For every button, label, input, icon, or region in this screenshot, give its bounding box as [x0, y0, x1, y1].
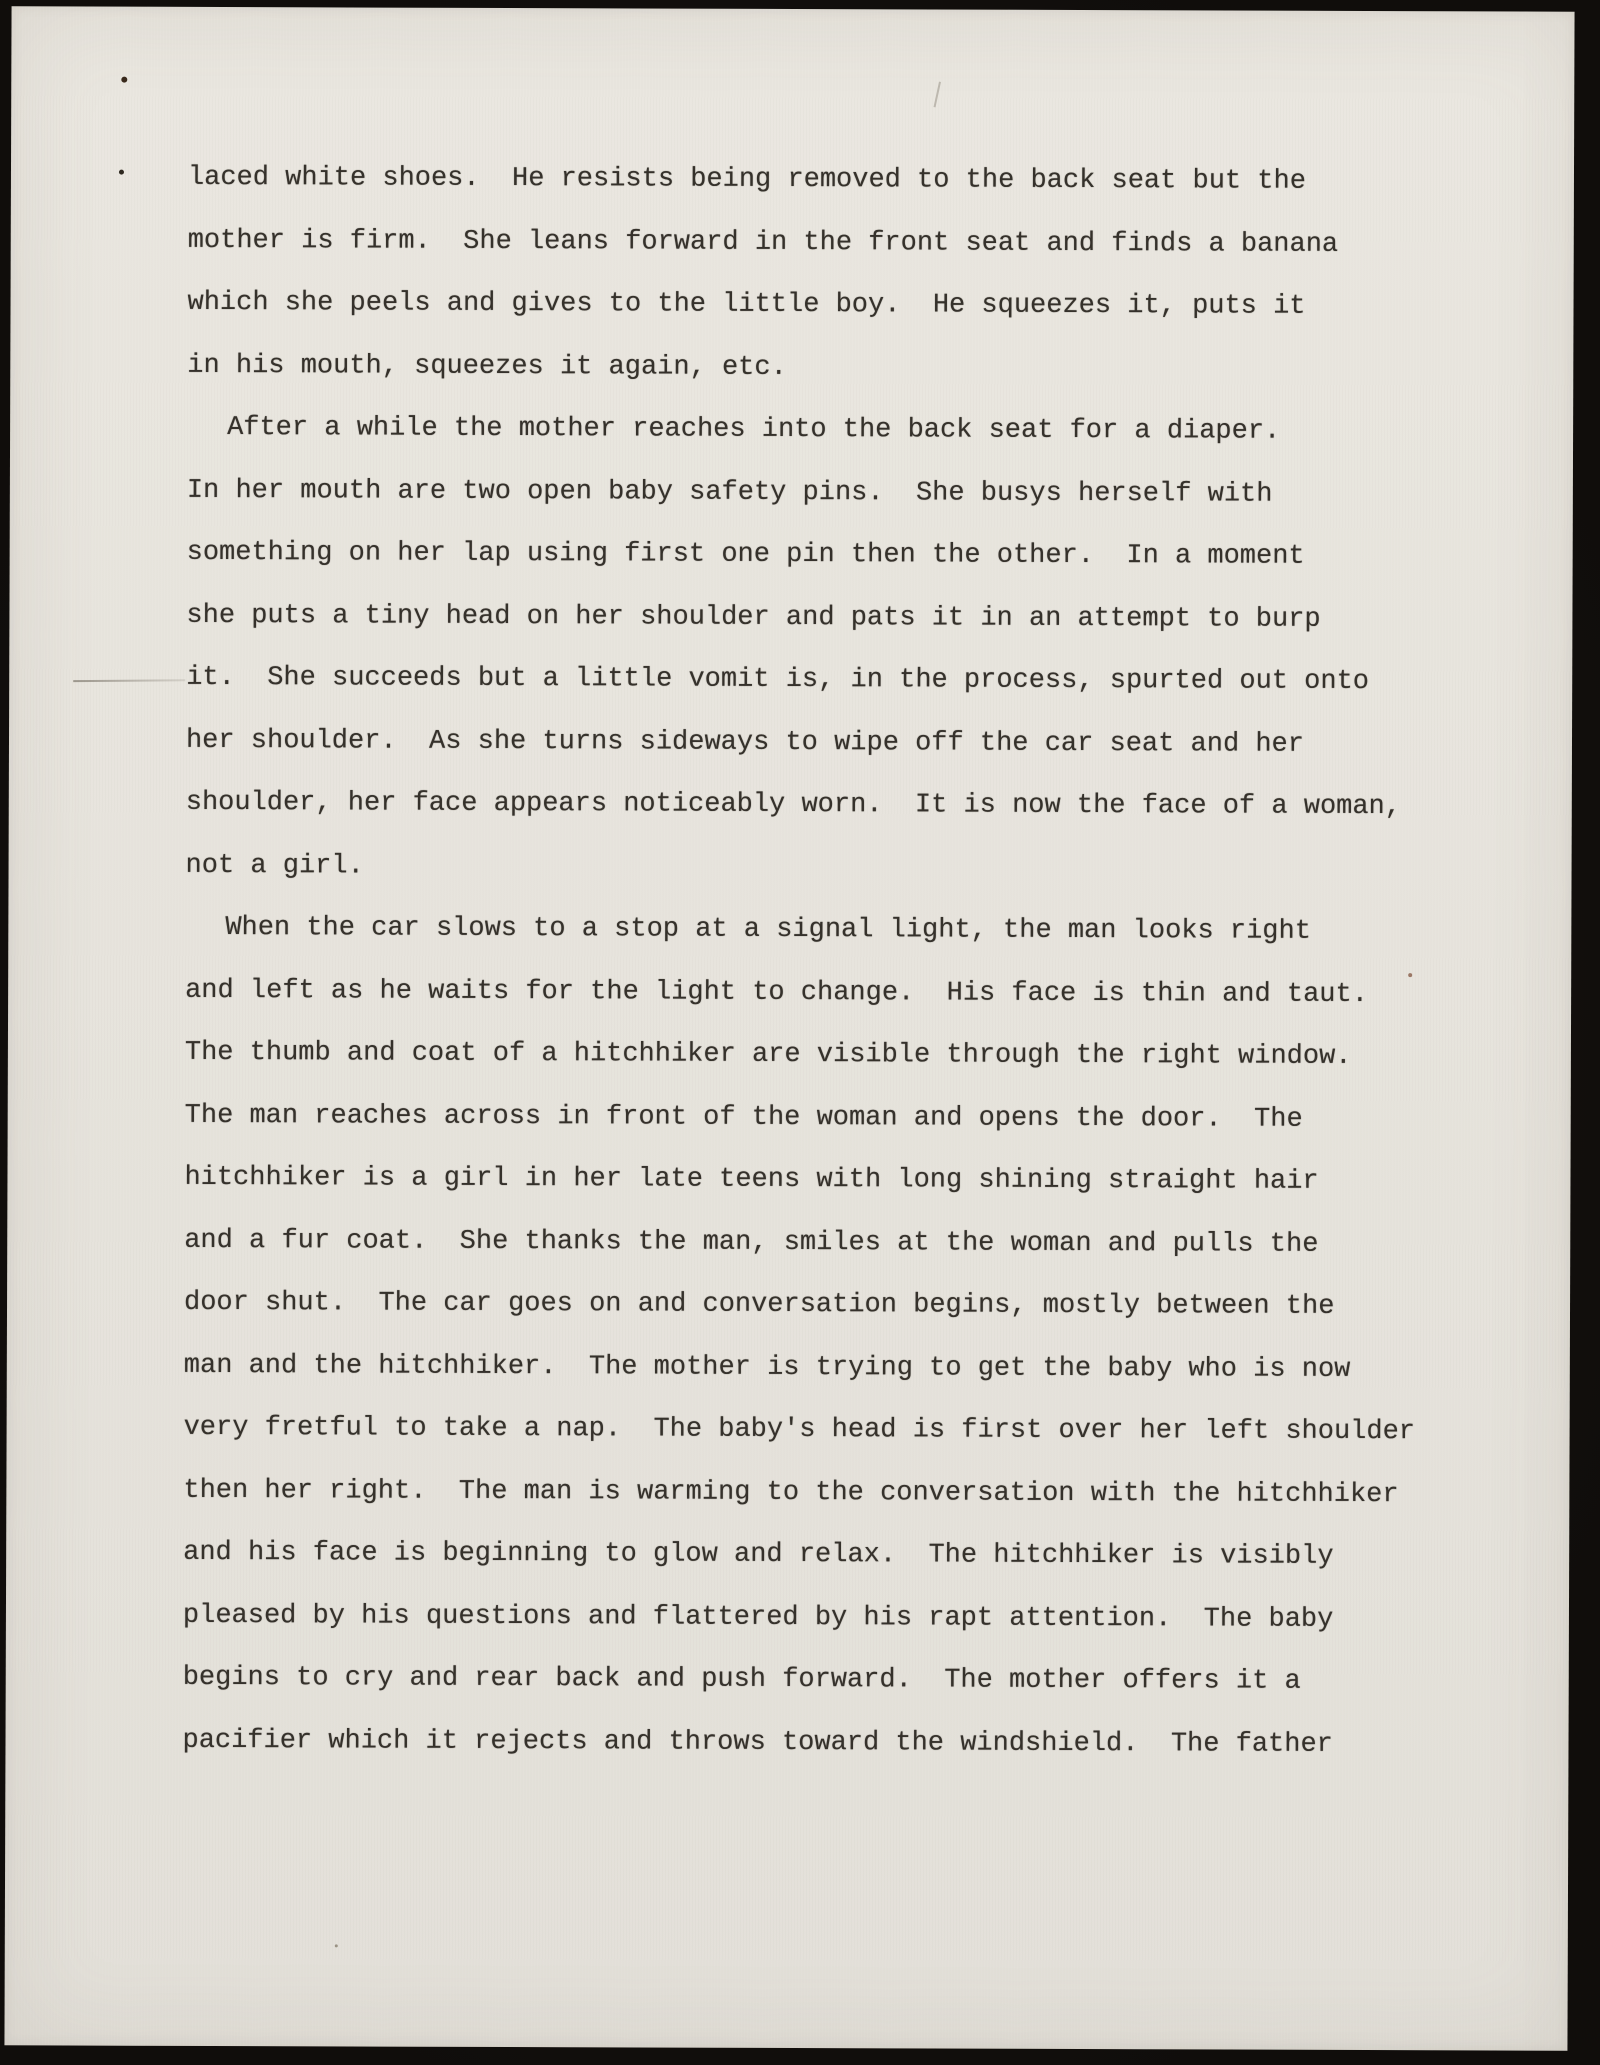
text-line: pacifier which it rejects and throws tow…	[182, 1709, 1482, 1776]
scan-background: laced white shoes. He resists being remo…	[0, 0, 1600, 2065]
text-line: then her right. The man is warming to th…	[183, 1459, 1483, 1526]
text-line: which she peels and gives to the little …	[187, 272, 1487, 339]
text-line: After a while the mother reaches into th…	[187, 397, 1487, 464]
text-line: and his face is beginning to glow and re…	[183, 1522, 1483, 1589]
text-line: The man reaches across in front of the w…	[185, 1084, 1485, 1151]
paper-sheet: laced white shoes. He resists being remo…	[4, 6, 1574, 2050]
typewritten-text-block: laced white shoes. He resists being remo…	[182, 147, 1488, 1777]
text-line: shoulder, her face appears noticeably wo…	[186, 772, 1486, 839]
text-line: begins to cry and rear back and push for…	[183, 1647, 1483, 1714]
text-line: and left as he waits for the light to ch…	[185, 959, 1485, 1026]
paper-scratch	[934, 82, 941, 108]
text-line: hitchhiker is a girl in her late teens w…	[184, 1147, 1484, 1214]
text-line: not a girl.	[185, 834, 1485, 901]
text-line: laced white shoes. He resists being remo…	[188, 147, 1488, 214]
paper-speck	[119, 170, 124, 175]
text-line: man and the hitchhiker. The mother is tr…	[184, 1334, 1484, 1401]
text-line: mother is firm. She leans forward in the…	[188, 209, 1488, 276]
text-line: When the car slows to a stop at a signal…	[185, 897, 1485, 964]
text-line: The thumb and coat of a hitchhiker are v…	[185, 1022, 1485, 1089]
text-line: in his mouth, squeezes it again, etc.	[187, 334, 1487, 401]
text-line: pleased by his questions and flattered b…	[183, 1584, 1483, 1651]
text-line: it. She succeeds but a little vomit is, …	[186, 647, 1486, 714]
paper-speck	[121, 77, 127, 83]
paper-speck	[335, 1944, 338, 1947]
text-line: she puts a tiny head on her shoulder and…	[186, 584, 1486, 651]
text-line: door shut. The car goes on and conversat…	[184, 1272, 1484, 1339]
text-line: her shoulder. As she turns sideways to w…	[186, 709, 1486, 776]
paper-scratch	[73, 679, 185, 682]
text-line: In her mouth are two open baby safety pi…	[187, 459, 1487, 526]
text-line: something on her lap using first one pin…	[187, 522, 1487, 589]
text-line: very fretful to take a nap. The baby's h…	[183, 1397, 1483, 1464]
text-line: and a fur coat. She thanks the man, smil…	[184, 1209, 1484, 1276]
